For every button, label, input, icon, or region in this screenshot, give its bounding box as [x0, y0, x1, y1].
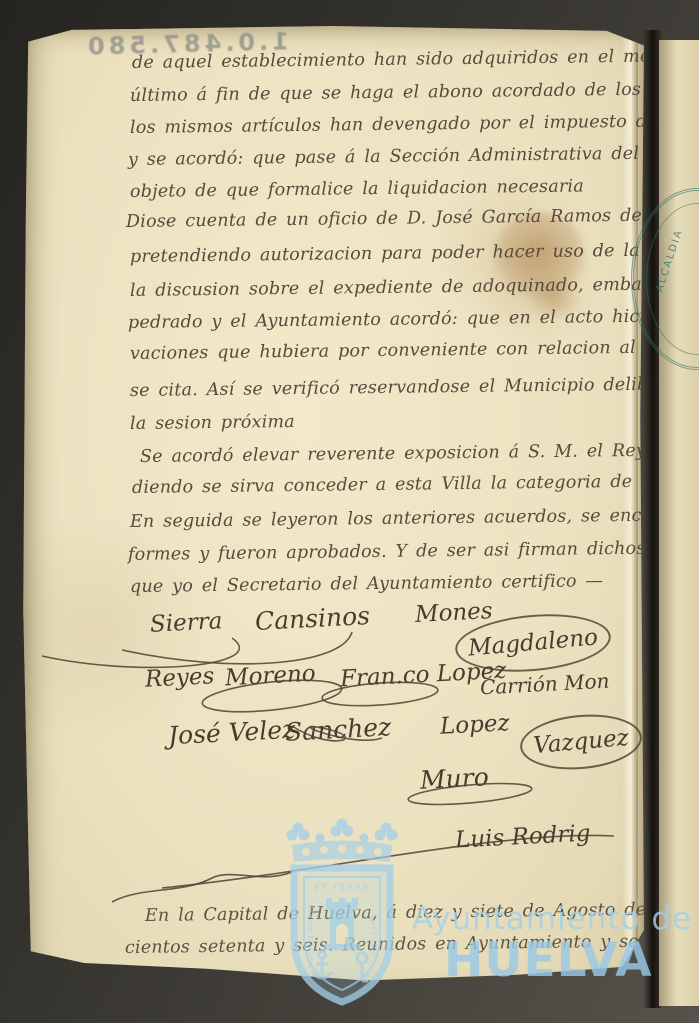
alcaldia-stamp-text: ALCALDIA	[654, 228, 685, 294]
manuscript-line: y se acordó: que pase á la Sección Admin…	[128, 142, 699, 170]
document-scan: 1.0.487.580 de aquel establecimiento han…	[0, 0, 699, 1023]
signature: José Velez	[167, 715, 296, 751]
signature: Sanchez	[284, 712, 392, 747]
manuscript-line: la discusion sobre el expediente de adoq…	[130, 273, 699, 301]
signature: Cansinos	[254, 601, 370, 636]
adjacent-page-edge: ALCALDIA	[659, 40, 699, 1006]
signature: Reyes	[144, 663, 215, 693]
manuscript-line: En seguida se leyeron los anteriores acu…	[130, 504, 699, 532]
manuscript-line: último á fin de que se haga el abono aco…	[130, 78, 699, 106]
manuscript-line: cientos setenta y seis. Reunidos en Ayun…	[125, 930, 699, 958]
manuscript-page: 1.0.487.580 de aquel establecimiento han…	[22, 26, 644, 1000]
manuscript-line: pretendiendo autorizacion para poder hac…	[130, 239, 699, 267]
manuscript-line: se cita. Así se verificó reservandose el…	[130, 374, 699, 401]
manuscript-line: formes y fueron aprobados. Y de ser asi …	[128, 537, 699, 565]
manuscript-line: Se acordó elevar reverente exposicion á …	[140, 440, 699, 467]
signature: Luis Rodrig	[454, 820, 591, 853]
manuscript-line: que yo el Secretario del Ayuntamiento ce…	[130, 571, 603, 597]
signature: Mones	[414, 598, 493, 628]
signature: Moreno	[224, 661, 316, 692]
manuscript-line: los mismos artículos han devengado por e…	[130, 110, 699, 138]
signature: Lopez	[439, 710, 510, 740]
signature: Muro	[419, 762, 489, 795]
manuscript-line: vaciones que hubiera por conveniente con…	[130, 336, 699, 364]
page-curl-edge	[622, 26, 638, 982]
manuscript-line: Diose cuenta de un oficio de D. José Gar…	[126, 204, 699, 232]
manuscript-line: la sesion próxima	[130, 412, 295, 434]
signature: Sierra	[149, 608, 223, 638]
manuscript-line: En la Capital de Huelva, á diez y siete …	[145, 899, 699, 926]
manuscript-line: pedrado y el Ayuntamiento acordó: que en…	[128, 305, 699, 333]
manuscript-line: diendo se sirva conceder a esta Villa la…	[132, 471, 699, 498]
manuscript-line: objeto de que formalice la liquidacion n…	[130, 176, 584, 202]
